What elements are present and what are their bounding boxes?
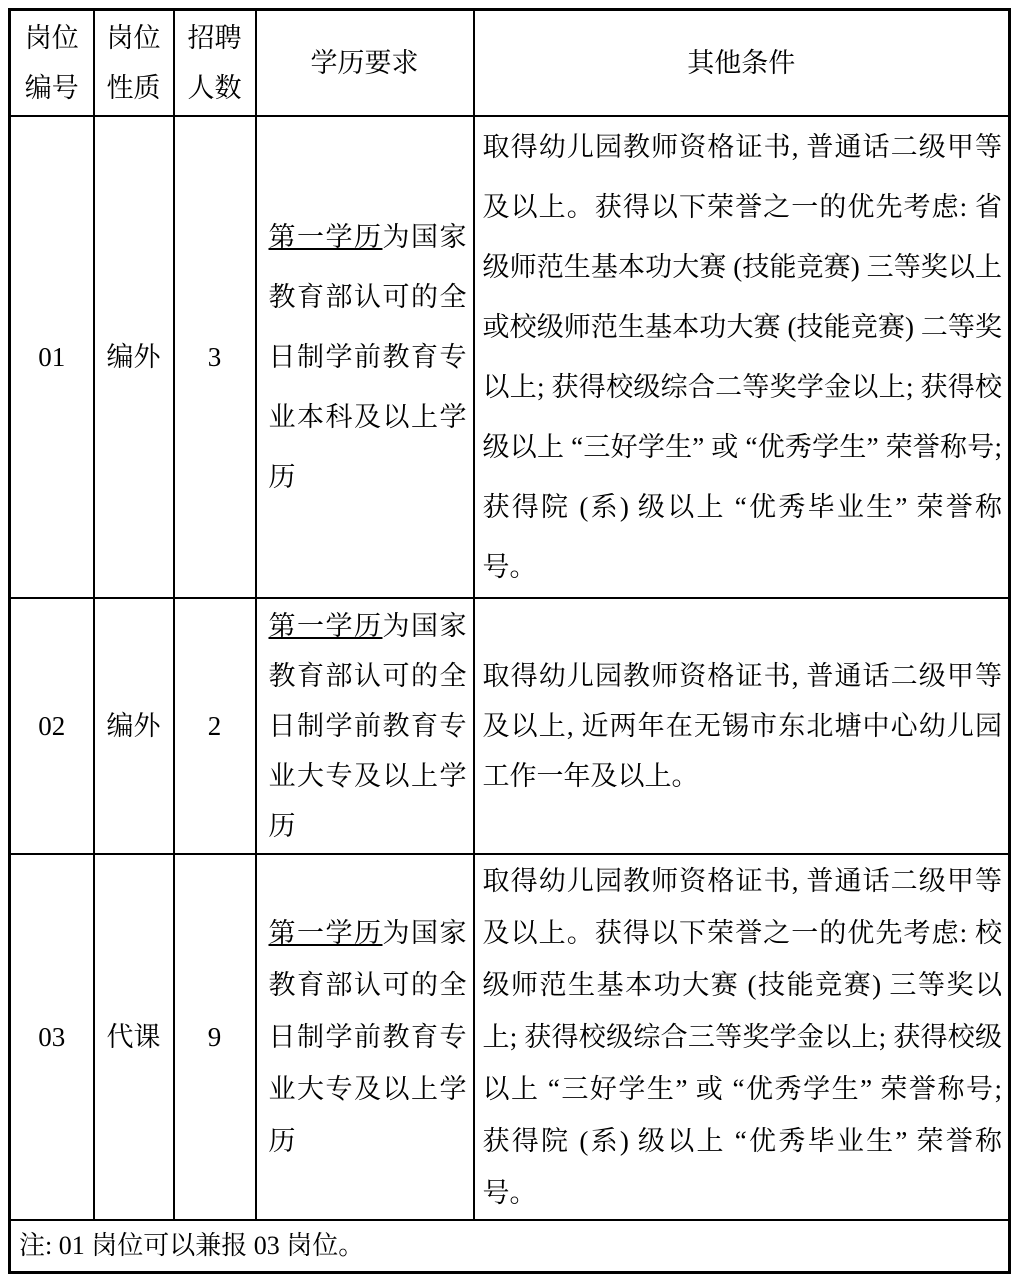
- header-education-requirement: 学历要求: [256, 10, 474, 116]
- education-underlined-text: 第一学历: [269, 222, 383, 252]
- education-rest-text: 为国家教育部认可的全日制学前教育专业大专及以上学历: [269, 918, 467, 1156]
- cell-headcount: 9: [174, 854, 256, 1220]
- cell-post-type: 编外: [94, 598, 174, 854]
- cell-other-conditions: 取得幼儿园教师资格证书, 普通话二级甲等及以上。获得以下荣誉之一的优先考虑: 校…: [474, 854, 1010, 1220]
- cell-education-requirement: 第一学历为国家教育部认可的全日制学前教育专业本科及以上学历: [256, 116, 474, 598]
- education-rest-text: 为国家教育部认可的全日制学前教育专业大专及以上学历: [269, 611, 467, 841]
- education-underlined-text: 第一学历: [269, 611, 383, 641]
- cell-post-type: 代课: [94, 854, 174, 1220]
- note-text: 注: 01 岗位可以兼报 03 岗位。: [10, 1220, 1010, 1273]
- recruitment-positions-table: 岗位 编号 岗位 性质 招聘 人数 学历要求 其他条件 01 编外 3 第一学历…: [8, 8, 1011, 1274]
- education-underlined-text: 第一学历: [269, 918, 383, 948]
- table-row: 01 编外 3 第一学历为国家教育部认可的全日制学前教育专业本科及以上学历 取得…: [10, 116, 1010, 598]
- cell-post-id: 02: [10, 598, 94, 854]
- cell-other-conditions: 取得幼儿园教师资格证书, 普通话二级甲等及以上。获得以下荣誉之一的优先考虑: 省…: [474, 116, 1010, 598]
- table-note-row: 注: 01 岗位可以兼报 03 岗位。: [10, 1220, 1010, 1273]
- cell-headcount: 3: [174, 116, 256, 598]
- document-page: 岗位 编号 岗位 性质 招聘 人数 学历要求 其他条件 01 编外 3 第一学历…: [0, 0, 1016, 1104]
- cell-education-requirement: 第一学历为国家教育部认可的全日制学前教育专业大专及以上学历: [256, 598, 474, 854]
- header-headcount: 招聘 人数: [174, 10, 256, 116]
- table-row: 02 编外 2 第一学历为国家教育部认可的全日制学前教育专业大专及以上学历 取得…: [10, 598, 1010, 854]
- cell-post-type: 编外: [94, 116, 174, 598]
- table-header-row: 岗位 编号 岗位 性质 招聘 人数 学历要求 其他条件: [10, 10, 1010, 116]
- education-rest-text: 为国家教育部认可的全日制学前教育专业本科及以上学历: [269, 222, 467, 492]
- table-row: 03 代课 9 第一学历为国家教育部认可的全日制学前教育专业大专及以上学历 取得…: [10, 854, 1010, 1220]
- cell-education-requirement: 第一学历为国家教育部认可的全日制学前教育专业大专及以上学历: [256, 854, 474, 1220]
- cell-headcount: 2: [174, 598, 256, 854]
- cell-post-id: 03: [10, 854, 94, 1220]
- header-post-id: 岗位 编号: [10, 10, 94, 116]
- header-post-type: 岗位 性质: [94, 10, 174, 116]
- cell-other-conditions: 取得幼儿园教师资格证书, 普通话二级甲等及以上, 近两年在无锡市东北塘中心幼儿园…: [474, 598, 1010, 854]
- cell-post-id: 01: [10, 116, 94, 598]
- header-other-conditions: 其他条件: [474, 10, 1010, 116]
